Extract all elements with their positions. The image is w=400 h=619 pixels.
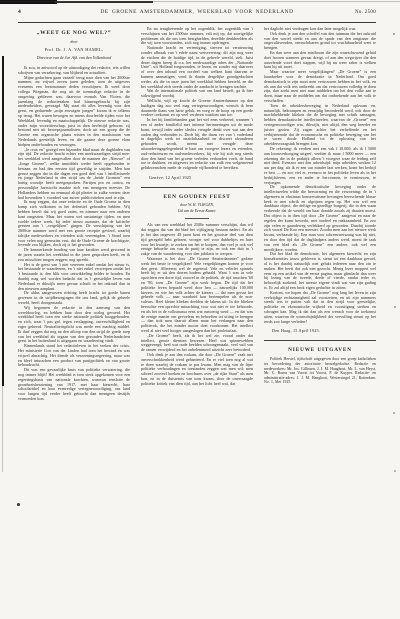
article-separator-rule xyxy=(141,187,253,188)
nieuwe-uitgaven-title: NIEUWE UITGAVEN xyxy=(264,347,376,353)
body-paragraph: En nu terugkeerende op het oogenblik, he… xyxy=(141,27,253,46)
header-rule xyxy=(18,22,376,23)
scan-speck xyxy=(393,33,395,35)
article2-byline: door W. H. VLIEGEN, xyxy=(141,203,253,207)
body-paragraph: Nationale kracht en vereeniging, streven… xyxy=(141,46,253,89)
scan-speck xyxy=(393,412,395,414)
columns: „WEET GE NOG WEL?” door Prof. Dr. J. A. … xyxy=(18,27,376,519)
body-paragraph: Binnenlands stond het redactieleven in h… xyxy=(18,344,130,368)
body-paragraph: Het is de geest van 't niet vereeren enk… xyxy=(18,263,130,292)
body-paragraph: „De Groene” heeft, als ik het wel zie, v… xyxy=(141,334,253,353)
section-separator-rule xyxy=(264,340,376,341)
body-paragraph: De kenmerkende houding van haar karakter… xyxy=(18,248,130,262)
body-paragraph: Politiek Herstel, tijdschrift uitgegeven… xyxy=(264,357,376,385)
body-paragraph: De opkomende demokratische beweging onde… xyxy=(264,185,376,252)
article2-col2-body: Als van een weekblad het 2500e nummer ve… xyxy=(141,223,253,386)
body-paragraph: Toen de arbeidersbeweging in Nederland o… xyxy=(264,104,376,147)
body-paragraph: Maar waartoe meer vergelijkingen? „De Gr… xyxy=(264,70,376,104)
column-1: „WEET GE NOG WEL?” door Prof. Dr. J. A. … xyxy=(18,27,130,519)
body-paragraph: Mijne gedachten gaan vanzelf terug naar … xyxy=(18,76,130,148)
scan-artifact-left-fade xyxy=(2,386,3,472)
body-paragraph: De aldus aangewezen richting heeft krach… xyxy=(18,291,130,305)
byline-divider xyxy=(185,218,209,219)
body-paragraph: In het bij familiebanden gaat het wel ee… xyxy=(141,118,253,171)
body-paragraph: „Je reux en” gezegd een bijzonder blad n… xyxy=(18,148,130,201)
body-paragraph: Kortom, we hopen dat „De Groene” nog lan… xyxy=(264,291,376,325)
body-paragraph: Wij begonnen de redactie in den aanvang … xyxy=(18,306,130,344)
article1-head: „WEET GE NOG WEL?” door Prof. Dr. J. A. … xyxy=(18,30,130,60)
body-paragraph: Waarmee is het door „De Groene Amsterdam… xyxy=(141,257,253,334)
article1-author: Prof. Dr. J. A. VAN HAMEL, xyxy=(18,47,130,52)
body-paragraph: De rekening: ik verdien met een vak f 10… xyxy=(264,147,376,185)
body-paragraph: Wellicht, wijl op kracht de Groene Amste… xyxy=(141,99,253,118)
article2-dateline: Den Haag, 15 April 1925. xyxy=(272,328,376,333)
masthead-title: DE GROENE AMSTERDAMMER, WEEKBLAD VOOR NE… xyxy=(18,9,376,15)
nieuwe-uitgaven-body: Politiek Herstel, tijdschrift uitgegeven… xyxy=(264,357,376,385)
body-paragraph: Ik mag zeggen, dat onze redactie en de O… xyxy=(18,200,130,248)
article2-title: EEN GOUDEN FEEST xyxy=(141,194,253,200)
article1-door-label: door xyxy=(18,40,130,44)
article2-byline-role: Lid van de Eerste Kamer. xyxy=(141,209,253,213)
page-header: 4 DE GROENE AMSTERDAMMER, WEEKBLAD VOOR … xyxy=(18,9,376,21)
body-paragraph: Ook denk je aan den roskam, die door „De… xyxy=(141,353,253,387)
body-paragraph: Dat het blad de demokratie, het algemeen… xyxy=(264,252,376,290)
scan-artifact-top-line xyxy=(0,1,400,2)
scan-artifact-left-line xyxy=(2,56,4,386)
article1-title: „WEET GE NOG WEL?” xyxy=(18,30,130,36)
body-paragraph: Als van een weekblad het 2500e nummer ve… xyxy=(141,223,253,257)
scan-speck xyxy=(394,470,396,472)
article1-col1-body: Ik zou, in antwoord op de uitnoodiging d… xyxy=(18,66,130,402)
body-paragraph: En dan weer aan den misthoorn die zijn w… xyxy=(264,51,376,70)
column-3: het daglicht niet verdragen kon dan late… xyxy=(264,27,376,519)
article1-dateline: Genève, 12 April 1925 xyxy=(149,175,253,180)
article1-author-role: Directeur van de Jur. Afd. van den Volke… xyxy=(18,55,130,60)
article1-col2-body: En nu terugkeerende op het oogenblik, he… xyxy=(141,27,253,171)
body-paragraph: Dit was een gevaarlijke basis van politi… xyxy=(18,368,130,402)
newspaper-page: 4 DE GROENE AMSTERDAMMER, WEEKBLAD VOOR … xyxy=(0,0,400,619)
scan-speck xyxy=(394,306,396,308)
article2-col3-body: het daglicht niet verdragen kon dan late… xyxy=(264,27,376,324)
column-2: En nu terugkeerende op het oogenblik, he… xyxy=(141,27,253,519)
body-paragraph: Ook denk je aan den schoffel van den tui… xyxy=(264,32,376,51)
